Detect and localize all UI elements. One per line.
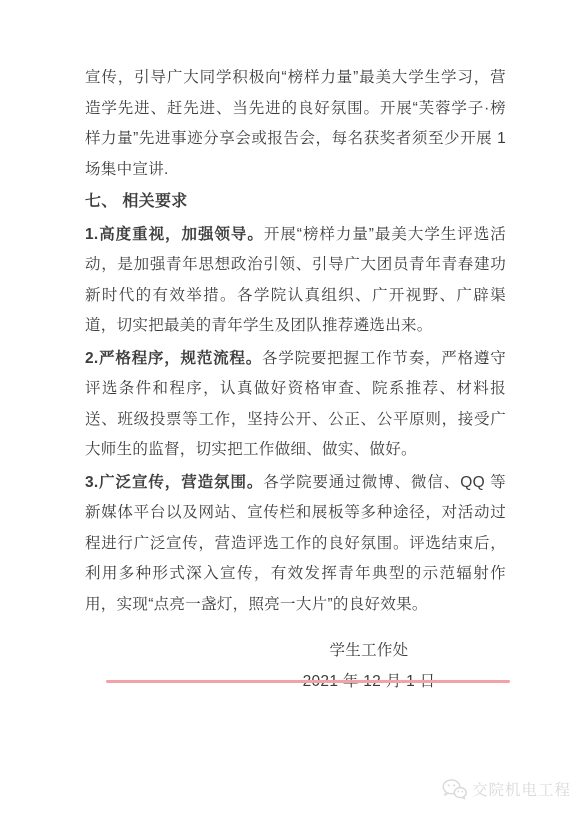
wechat-icon [441,778,467,800]
signature-department: 学生工作处 [233,636,505,667]
requirement-paragraph-2: 2.严格程序，规范流程。各学院要把握工作节奏，严格遵守评选条件和程序，认真做好资… [85,344,506,466]
account-watermark: 交院机电工程 [441,778,571,800]
section-heading: 七、 相关要求 [85,187,506,218]
requirement-1-lead: 1.高度重视，加强领导。 [85,226,264,243]
document-body: 宣传，引导广大同学积极向“榜样力量”最美大学生学习，营造学先进、赶先进、当先进的… [85,63,506,697]
requirement-3-lead: 3.广泛宣传，营造氛围。 [85,474,263,491]
requirement-3-body: 各学院要通过微博、微信、QQ 等新媒体平台以及网站、宣传栏和展板等多种途径，对活… [85,474,506,613]
requirement-2-lead: 2.严格程序，规范流程。 [85,350,262,367]
watermark-label: 交院机电工程 [472,778,571,800]
requirement-paragraph-3: 3.广泛宣传，营造氛围。各学院要通过微博、微信、QQ 等新媒体平台以及网站、宣传… [85,468,506,621]
document-page: 宣传，引导广大同学积极向“榜样力量”最美大学生学习，营造学先进、赶先进、当先进的… [0,0,576,814]
footer-divider-line [106,680,510,683]
requirement-paragraph-1: 1.高度重视，加强领导。开展“榜样力量”最美大学生评选活动，是加强青年思想政治引… [85,220,506,342]
intro-paragraph: 宣传，引导广大同学积极向“榜样力量”最美大学生学习，营造学先进、赶先进、当先进的… [85,63,506,185]
signature-block: 学生工作处 2021 年 12 月 1 日 [233,636,505,697]
